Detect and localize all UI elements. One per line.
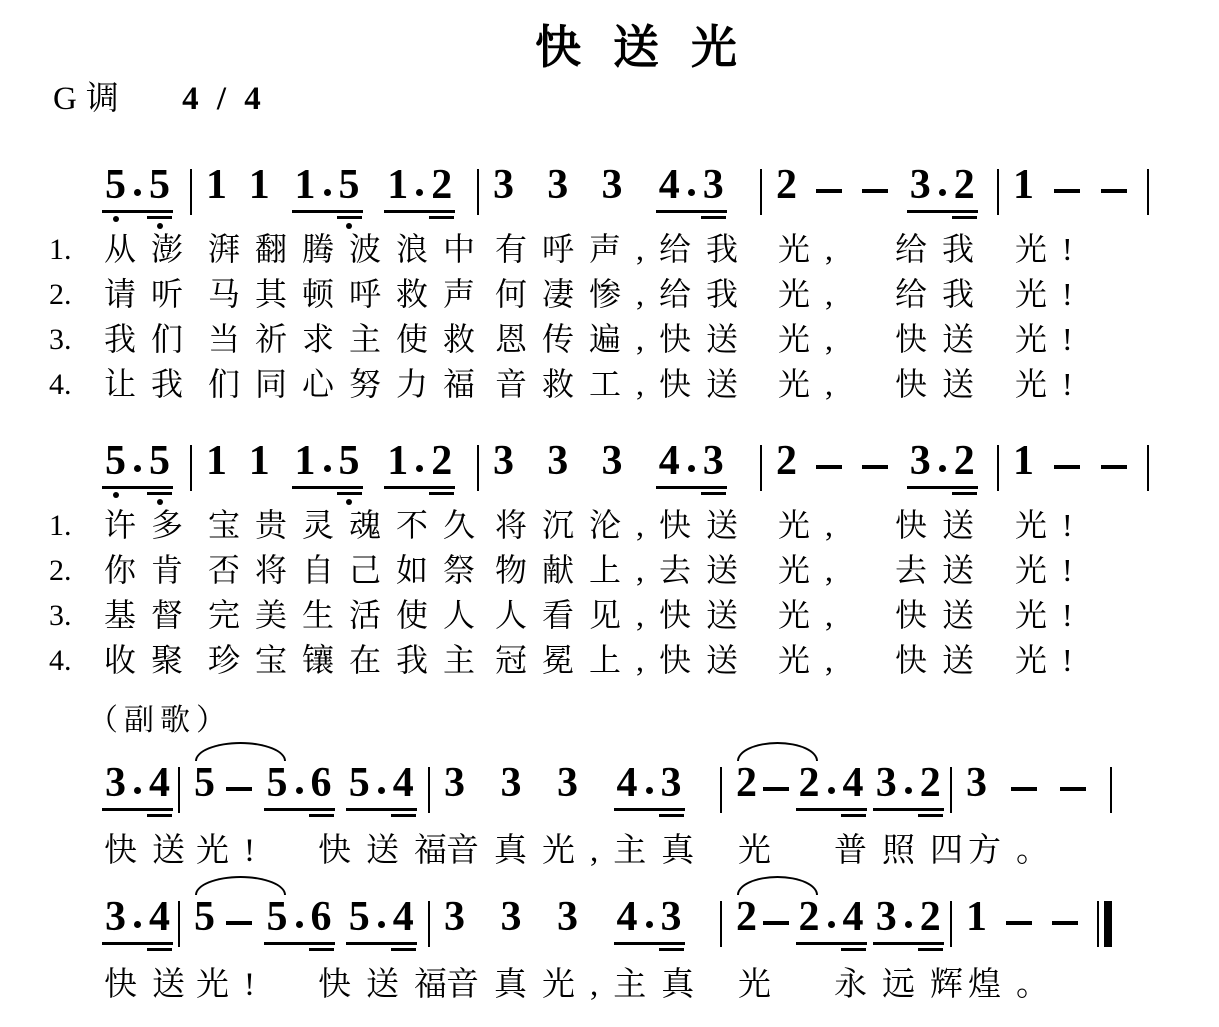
sixteenth-underline — [429, 492, 454, 495]
measure: 33343 — [479, 151, 762, 227]
lyric-cell: 冠冕上,快送 — [479, 638, 762, 683]
sixteenth-underline — [701, 492, 726, 495]
spacer — [45, 749, 88, 825]
verse-number — [45, 825, 88, 877]
barline — [1110, 767, 1112, 813]
spacer — [45, 151, 88, 227]
lyric-cell: 快送 — [88, 825, 180, 877]
sixteenth-underline — [147, 492, 172, 495]
sixteenth-underline — [337, 216, 362, 219]
note: 3 — [105, 762, 126, 804]
note: 5 — [105, 164, 126, 206]
lyric-cell: 光! — [999, 593, 1149, 638]
beamed-note-group: 32 — [873, 896, 944, 945]
beamed-note-group: 24 — [796, 896, 867, 945]
low-octave-dot — [157, 223, 163, 229]
lyric-cell: 光! — [999, 272, 1149, 317]
augmentation-dot — [688, 465, 695, 472]
key-label: G调 — [53, 81, 128, 117]
lyric-cell: 宝贵灵魂不久 — [192, 503, 479, 548]
verse-number: 1. — [45, 503, 88, 548]
note: 4 — [149, 762, 170, 804]
beamed-note-group: 55 — [102, 164, 173, 213]
note: 2 — [799, 762, 820, 804]
augmentation-dot — [905, 787, 912, 794]
lyric-line: 快送光! 快送福音真光,主真光 永远辉煌。 — [45, 959, 1219, 1011]
augmentation-dot — [905, 921, 912, 928]
lyric-cell: 许多 — [88, 503, 192, 548]
note: 3 — [966, 762, 987, 804]
note: 5 — [349, 896, 370, 938]
lyric-cell: 将沉沦,快送 — [479, 503, 762, 548]
note: 2 — [920, 896, 941, 938]
lyric-cell: 我们 — [88, 317, 192, 362]
lyric-cell: 光, 给我 — [762, 227, 999, 272]
note: 2 — [799, 896, 820, 938]
sixteenth-underline — [309, 814, 334, 817]
sixteenth-underline — [952, 492, 977, 495]
spacer — [45, 883, 88, 959]
note: 3 — [876, 896, 897, 938]
lyric-cell: 恩传遍,快送 — [479, 317, 762, 362]
dash-prolong — [763, 787, 789, 791]
note: 3 — [547, 440, 568, 482]
low-octave-dot — [113, 492, 119, 498]
lyric-line: 4.让我们同心努力福音救工,快送光, 快送光! — [45, 362, 1219, 407]
lyric-cell: 光, 去送 — [762, 548, 999, 593]
beamed-note-group: 56 — [264, 896, 335, 945]
lyric-line: 快送光! 快送福音真光,主真光 普照四方。 — [45, 825, 1219, 877]
measure: 1 — [999, 427, 1149, 503]
beamed-note-group: 32 — [873, 762, 944, 811]
dash-prolong — [862, 465, 888, 469]
dash-prolong — [226, 921, 252, 925]
beamed-note-group: 56 — [264, 762, 335, 811]
lyric-cell: 光 普照四 — [722, 825, 952, 877]
note: 1 — [206, 440, 227, 482]
measure: 1 — [952, 883, 1112, 959]
measure: 232 — [762, 151, 999, 227]
note: 3 — [493, 440, 514, 482]
note: 4 — [617, 896, 638, 938]
augmentation-dot — [646, 787, 653, 794]
beamed-note-group: 32 — [907, 440, 978, 489]
beamed-note-group: 24 — [796, 762, 867, 811]
augmentation-dot — [688, 189, 695, 196]
barline — [1147, 445, 1149, 491]
note: 2 — [431, 164, 452, 206]
note: 1 — [249, 164, 270, 206]
augmentation-dot — [296, 921, 303, 928]
note: 3 — [501, 762, 522, 804]
note: 3 — [910, 164, 931, 206]
note: 6 — [311, 762, 332, 804]
music-line: 55111512333432321 — [45, 151, 1219, 227]
lyric-cell: 当祈求主使救 — [192, 317, 479, 362]
note: 3 — [661, 896, 682, 938]
lyric-cell: 何凄惨,给我 — [479, 272, 762, 317]
lyric-cell: 收聚 — [88, 638, 192, 683]
sixteenth-underline — [952, 216, 977, 219]
sheet-music-page: 快送光 G调 4 / 4 551115123334323211.从澎湃翻腾波浪中… — [0, 0, 1219, 1011]
sixteenth-underline — [841, 948, 866, 951]
final-barline — [1097, 901, 1112, 947]
note: 1 — [1013, 440, 1034, 482]
note: 3 — [876, 762, 897, 804]
lyric-cell: 音真光,主真 — [430, 825, 722, 877]
measure: 111512 — [192, 427, 479, 503]
note: 2 — [954, 440, 975, 482]
verse-number: 1. — [45, 227, 88, 272]
lyric-cell: 光! — [999, 503, 1149, 548]
beamed-note-group: 32 — [907, 164, 978, 213]
lyric-cell: 们同心努力福 — [192, 362, 479, 407]
note: 1 — [295, 164, 316, 206]
sixteenth-underline — [147, 948, 172, 951]
lyric-cell: 快送 — [88, 959, 180, 1011]
lyric-cell: 光, 快送 — [762, 362, 999, 407]
note: 4 — [843, 896, 864, 938]
augmentation-dot — [134, 921, 141, 928]
slur-tie — [737, 876, 818, 895]
lyric-cell: 物献上,去送 — [479, 548, 762, 593]
low-octave-dot — [113, 216, 119, 222]
time-signature: 4 / 4 — [182, 81, 266, 117]
note: 3 — [493, 164, 514, 206]
beamed-note-group: 34 — [102, 896, 173, 945]
sixteenth-underline — [147, 814, 172, 817]
sixteenth-underline — [841, 814, 866, 817]
verse-number — [45, 959, 88, 1011]
measure: 111512 — [192, 151, 479, 227]
note: 5 — [339, 440, 360, 482]
lyric-cell: 马其顿呼救声 — [192, 272, 479, 317]
note: 4 — [149, 896, 170, 938]
note: 2 — [776, 440, 797, 482]
note: 2 — [431, 440, 452, 482]
note: 2 — [736, 762, 757, 804]
note: 4 — [393, 762, 414, 804]
lyric-cell: 让我 — [88, 362, 192, 407]
note: 1 — [249, 440, 270, 482]
beamed-note-group: 43 — [614, 762, 685, 811]
beamed-note-group: 15 — [292, 164, 363, 213]
lyric-cell: 光, 快送 — [762, 638, 999, 683]
note: 5 — [194, 896, 215, 938]
note: 3 — [602, 164, 623, 206]
measure: 33343 — [479, 427, 762, 503]
beamed-note-group: 55 — [102, 440, 173, 489]
note: 3 — [547, 164, 568, 206]
lyric-cell: 从澎 — [88, 227, 192, 272]
lyric-line: 2.请听马其顿呼救声何凄惨,给我光, 给我光! — [45, 272, 1219, 317]
dash-prolong — [226, 787, 252, 791]
key-signature-line: G调 4 / 4 — [53, 77, 1219, 121]
note: 4 — [659, 164, 680, 206]
note: 2 — [920, 762, 941, 804]
beamed-note-group: 15 — [292, 440, 363, 489]
dash-prolong — [1054, 189, 1080, 193]
song-title: 快送光 — [85, 22, 1219, 73]
verse-number: 4. — [45, 362, 88, 407]
sixteenth-underline — [429, 216, 454, 219]
lyric-cell: 光! 快送福 — [180, 959, 430, 1011]
augmentation-dot — [416, 189, 423, 196]
augmentation-dot — [939, 465, 946, 472]
lyric-line: 1.许多宝贵灵魂不久将沉沦,快送光, 快送光! — [45, 503, 1219, 548]
note: 1 — [295, 440, 316, 482]
verse-number: 2. — [45, 548, 88, 593]
lyric-cell: 音救工,快送 — [479, 362, 762, 407]
augmentation-dot — [324, 189, 331, 196]
lyric-cell: 光, 给我 — [762, 272, 999, 317]
dash-prolong — [816, 465, 842, 469]
sixteenth-underline — [391, 814, 416, 817]
lyric-cell: 请听 — [88, 272, 192, 317]
note: 1 — [1013, 164, 1034, 206]
note: 3 — [501, 896, 522, 938]
note: 3 — [557, 896, 578, 938]
augmentation-dot — [296, 787, 303, 794]
sixteenth-underline — [147, 216, 172, 219]
measure: 55 — [88, 427, 192, 503]
lyric-cell: 光, 快送 — [762, 593, 999, 638]
lyric-line: 3.基督完美生活使人人看见,快送光, 快送光! — [45, 593, 1219, 638]
note: 4 — [659, 440, 680, 482]
lyric-cell: 光! 快送福 — [180, 825, 430, 877]
lyric-cell: 光, 快送 — [762, 503, 999, 548]
low-octave-dot — [346, 499, 352, 505]
lyric-cell: 完美生活使人 — [192, 593, 479, 638]
lyric-cell: 光 永远辉 — [722, 959, 952, 1011]
note: 4 — [617, 762, 638, 804]
beamed-note-group: 12 — [384, 440, 455, 489]
sixteenth-underline — [337, 492, 362, 495]
beamed-note-group: 12 — [384, 164, 455, 213]
lyric-line: 2.你肯否将自己如祭物献上,去送光, 去送光! — [45, 548, 1219, 593]
note: 3 — [444, 762, 465, 804]
measure: 3 — [952, 749, 1112, 825]
dash-prolong — [1011, 787, 1037, 791]
augmentation-dot — [134, 787, 141, 794]
note: 2 — [736, 896, 757, 938]
lyric-cell: 光! — [999, 317, 1149, 362]
verse-systems: 551115123334323211.从澎湃翻腾波浪中有呼声,给我光, 给我光!… — [45, 151, 1219, 683]
note: 3 — [602, 440, 623, 482]
lyric-cell: 光! — [999, 638, 1149, 683]
lyric-cell: 人看见,快送 — [479, 593, 762, 638]
lyric-cell: 有呼声,给我 — [479, 227, 762, 272]
slur-tie — [195, 876, 286, 895]
low-octave-dot — [157, 499, 163, 505]
note: 4 — [393, 896, 414, 938]
music-line: 55111512333432321 — [45, 427, 1219, 503]
lyric-line: 3.我们当祈求主使救恩传遍,快送光, 快送光! — [45, 317, 1219, 362]
note: 3 — [661, 762, 682, 804]
note: 5 — [339, 164, 360, 206]
measure: 232 — [762, 427, 999, 503]
barline — [1147, 169, 1149, 215]
note: 3 — [910, 440, 931, 482]
measure: 1 — [999, 151, 1149, 227]
augmentation-dot — [324, 465, 331, 472]
note: 5 — [194, 762, 215, 804]
music-line: 345565433343224321 — [45, 883, 1219, 959]
beamed-note-group: 54 — [346, 762, 417, 811]
sixteenth-underline — [309, 948, 334, 951]
beamed-note-group: 43 — [656, 440, 727, 489]
music-line: 345565433343224323 — [45, 749, 1219, 825]
verse-number: 2. — [45, 272, 88, 317]
augmentation-dot — [416, 465, 423, 472]
sixteenth-underline — [391, 948, 416, 951]
note: 5 — [267, 896, 288, 938]
note: 2 — [776, 164, 797, 206]
augmentation-dot — [378, 787, 385, 794]
measure: 33343 — [430, 749, 722, 825]
dash-prolong — [1054, 465, 1080, 469]
beamed-note-group: 43 — [614, 896, 685, 945]
note: 3 — [105, 896, 126, 938]
low-octave-dot — [346, 223, 352, 229]
note: 3 — [444, 896, 465, 938]
note: 5 — [105, 440, 126, 482]
measure: 34 — [88, 749, 180, 825]
augmentation-dot — [134, 465, 141, 472]
note: 1 — [206, 164, 227, 206]
augmentation-dot — [378, 921, 385, 928]
lyric-cell: 基督 — [88, 593, 192, 638]
note: 1 — [387, 164, 408, 206]
note: 5 — [349, 762, 370, 804]
beamed-note-group: 34 — [102, 762, 173, 811]
dash-prolong — [1101, 189, 1127, 193]
lyric-cell: 湃翻腾波浪中 — [192, 227, 479, 272]
sixteenth-underline — [918, 814, 943, 817]
augmentation-dot — [828, 921, 835, 928]
sixteenth-underline — [659, 948, 684, 951]
measure: 34 — [88, 883, 180, 959]
note: 5 — [267, 762, 288, 804]
measure: 55 — [88, 151, 192, 227]
verse-number: 3. — [45, 317, 88, 362]
note: 3 — [557, 762, 578, 804]
dash-prolong — [862, 189, 888, 193]
dash-prolong — [1101, 465, 1127, 469]
slur-tie — [737, 742, 818, 761]
note: 3 — [703, 164, 724, 206]
note: 6 — [311, 896, 332, 938]
final-barline-thick — [1104, 901, 1112, 947]
note: 4 — [843, 762, 864, 804]
dash-prolong — [763, 921, 789, 925]
beamed-note-group: 54 — [346, 896, 417, 945]
final-barline-thin — [1097, 901, 1099, 947]
sixteenth-underline — [659, 814, 684, 817]
note: 2 — [954, 164, 975, 206]
verse-number: 3. — [45, 593, 88, 638]
chorus-label: （副歌） — [88, 699, 1219, 743]
note: 1 — [966, 896, 987, 938]
lyric-cell: 光! — [999, 227, 1149, 272]
beamed-note-group: 43 — [656, 164, 727, 213]
note: 5 — [149, 164, 170, 206]
dash-prolong — [1006, 921, 1032, 925]
lyric-cell: 你肯 — [88, 548, 192, 593]
lyric-line: 1.从澎湃翻腾波浪中有呼声,给我光, 给我光! — [45, 227, 1219, 272]
dash-prolong — [816, 189, 842, 193]
note: 3 — [703, 440, 724, 482]
lyric-cell: 方。 — [952, 825, 1112, 877]
dash-prolong — [1060, 787, 1086, 791]
lyric-cell: 光! — [999, 362, 1149, 407]
augmentation-dot — [939, 189, 946, 196]
verse-number: 4. — [45, 638, 88, 683]
chorus-systems: 345565433343224323快送光! 快送福音真光,主真光 普照四方。3… — [45, 749, 1219, 1011]
lyric-cell: 光! — [999, 548, 1149, 593]
note: 1 — [387, 440, 408, 482]
lyric-cell: 光, 快送 — [762, 317, 999, 362]
dash-prolong — [1052, 921, 1078, 925]
augmentation-dot — [134, 189, 141, 196]
augmentation-dot — [828, 787, 835, 794]
measure: 33343 — [430, 883, 722, 959]
lyric-cell: 珍宝镶在我主 — [192, 638, 479, 683]
lyric-line: 4.收聚珍宝镶在我主冠冕上,快送光, 快送光! — [45, 638, 1219, 683]
slur-tie — [195, 742, 286, 761]
lyric-cell: 否将自己如祭 — [192, 548, 479, 593]
lyric-cell: 音真光,主真 — [430, 959, 722, 1011]
note: 5 — [149, 440, 170, 482]
augmentation-dot — [646, 921, 653, 928]
sixteenth-underline — [701, 216, 726, 219]
sixteenth-underline — [918, 948, 943, 951]
spacer — [45, 427, 88, 503]
lyric-cell: 煌。 — [952, 959, 1112, 1011]
